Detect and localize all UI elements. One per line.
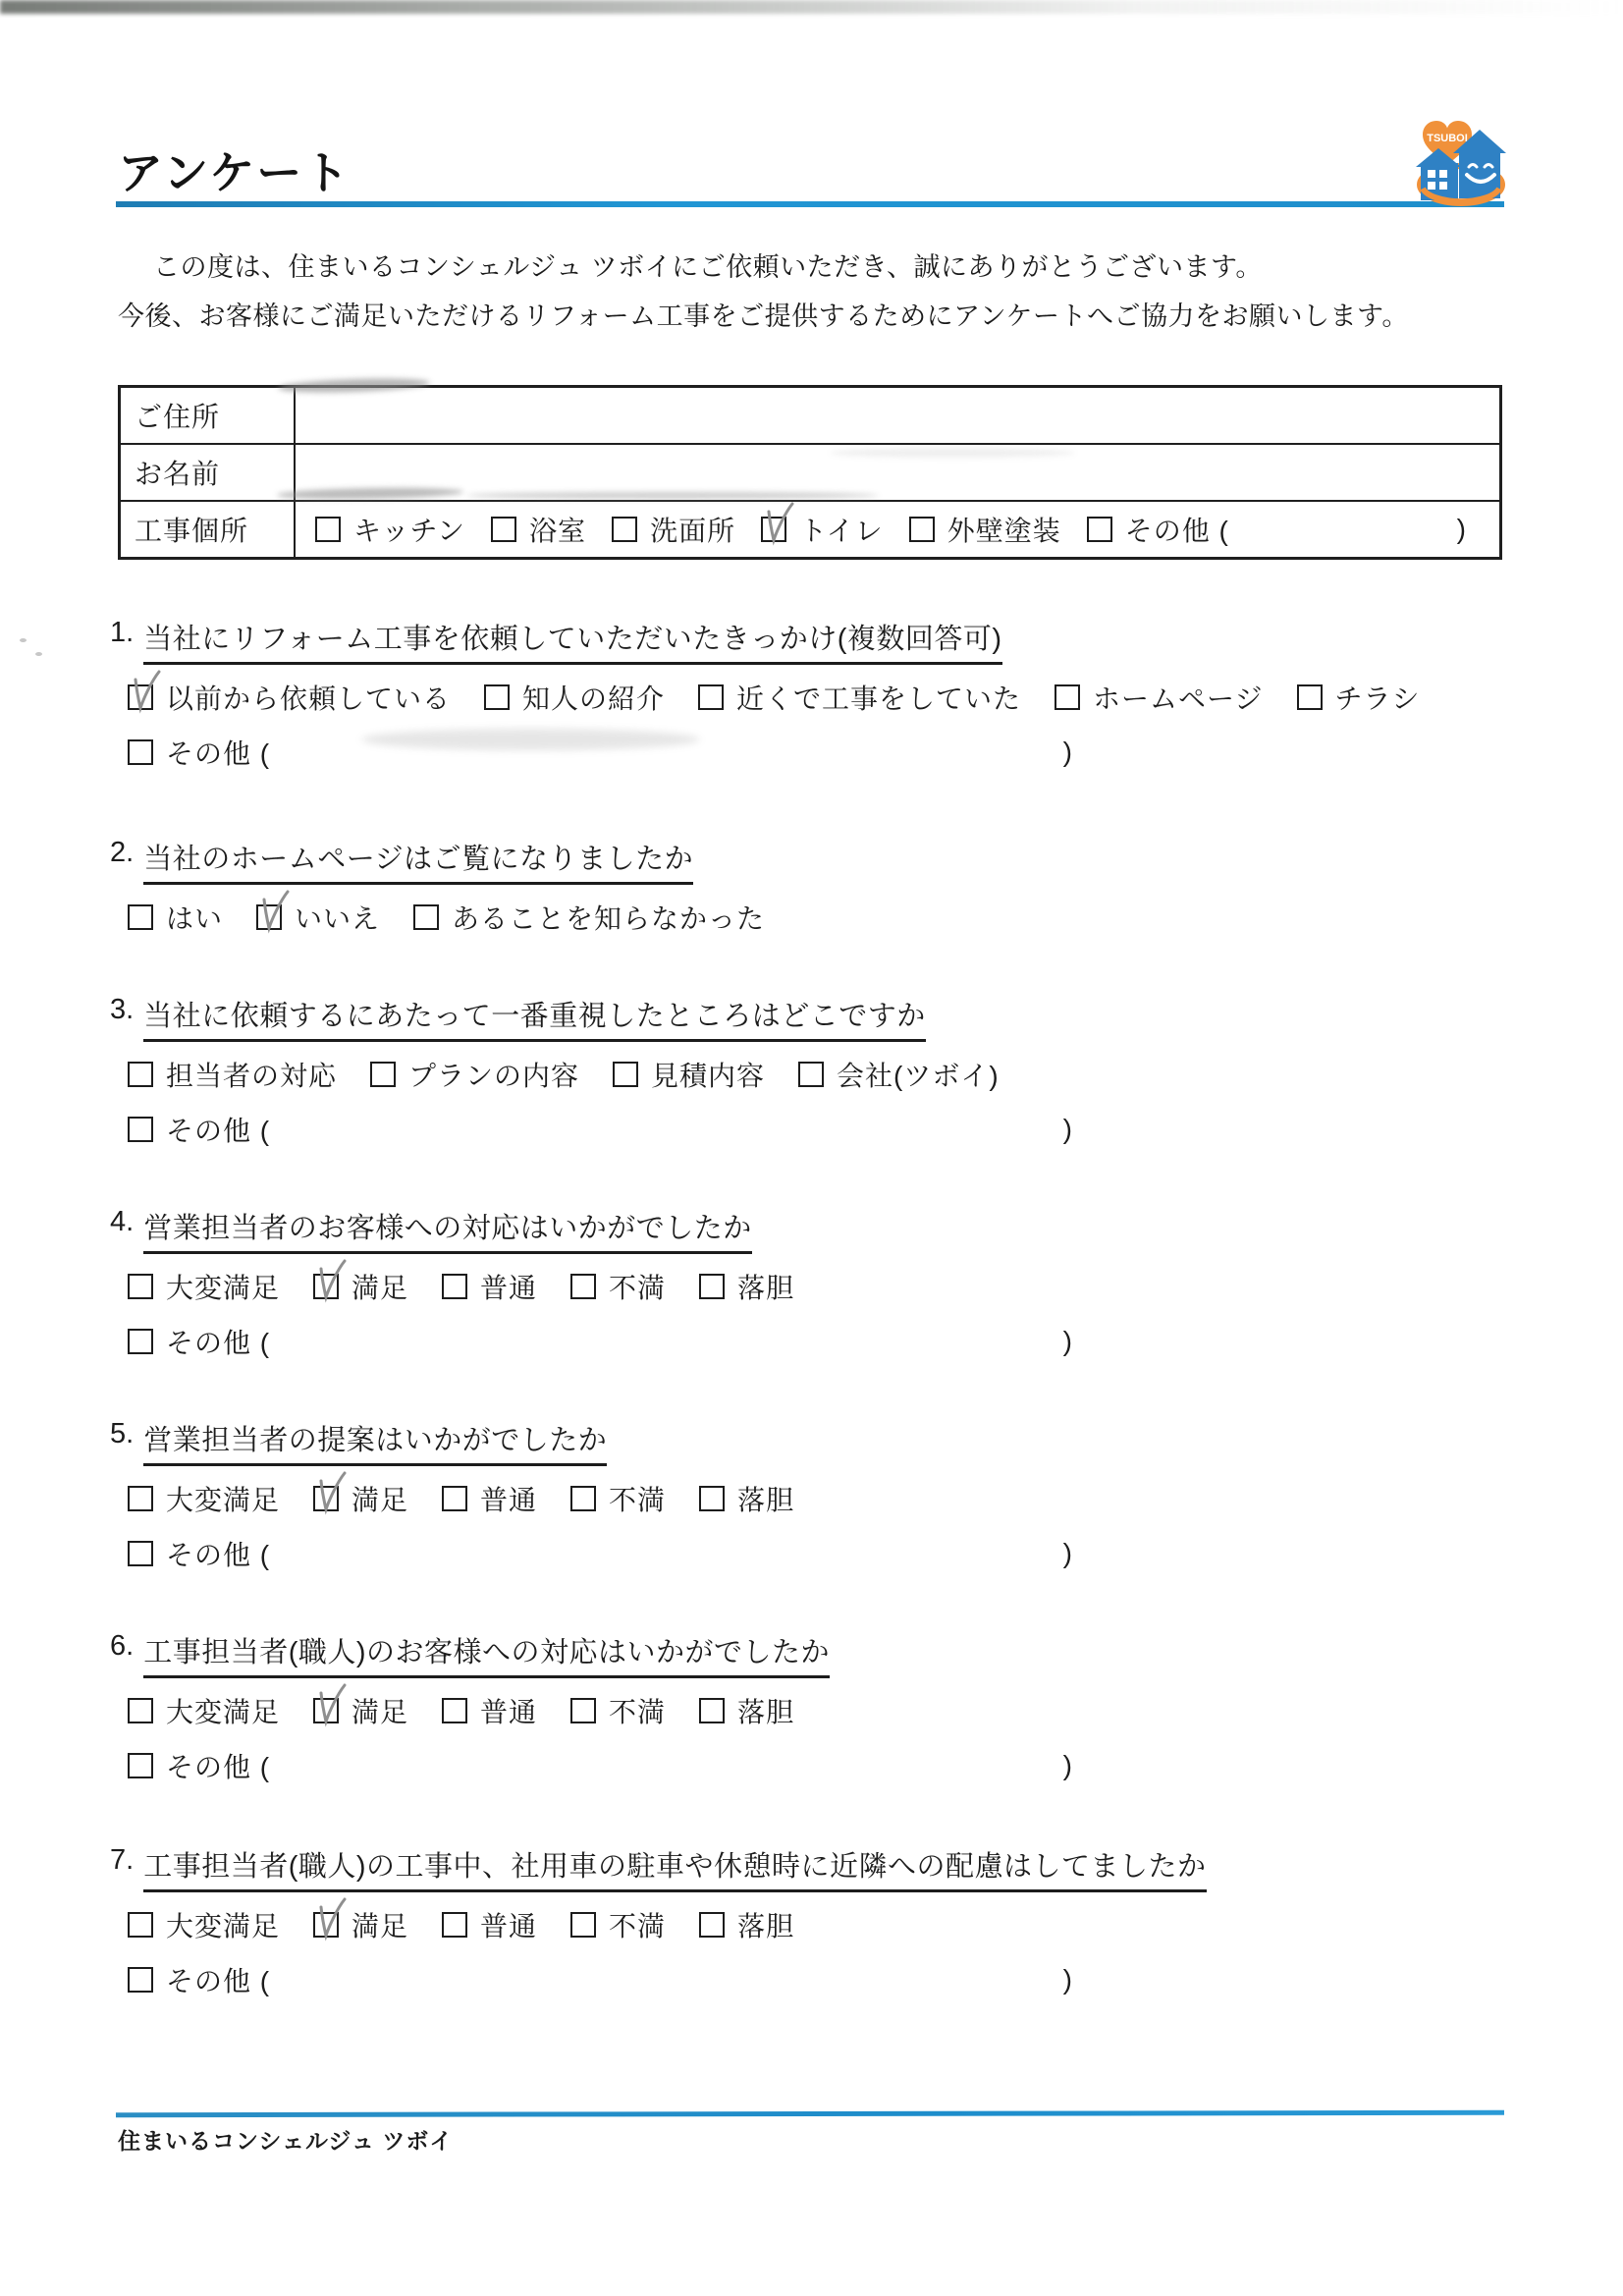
- checkbox-option: 満足: [313, 1267, 408, 1306]
- checkbox-option: 大変満足: [128, 1267, 280, 1306]
- checkbox-option: いいえ: [256, 898, 380, 937]
- option-label: 不満: [609, 1691, 666, 1730]
- question-4-heading: 4. 営業担当者のお客様への対応はいかがでしたか: [110, 1206, 752, 1254]
- checkbox-checked[interactable]: [313, 1912, 339, 1938]
- table-row-address: ご住所: [121, 388, 1499, 445]
- checkbox-option: キッチン: [315, 510, 465, 549]
- question-3-other-row: その他 ( ): [128, 1110, 1072, 1149]
- option-label: 普通: [480, 1267, 537, 1306]
- option-label: プランの内容: [408, 1055, 579, 1094]
- option-label: 知人の紹介: [522, 678, 665, 717]
- question-5: 5. 営業担当者の提案はいかがでしたか 大変満足満足普通不満落胆 その他 ( ): [110, 1418, 1504, 1590]
- question-2-heading: 2. 当社のホームページはご覧になりましたか: [110, 837, 693, 885]
- other-option-label: その他 (: [166, 1322, 270, 1361]
- option-label: 大変満足: [166, 1479, 280, 1518]
- page-title: アンケート: [118, 137, 351, 202]
- checkbox[interactable]: [484, 684, 510, 710]
- option-label: 落胆: [737, 1267, 794, 1306]
- checkbox[interactable]: [570, 1274, 596, 1299]
- question-1: 1. 当社にリフォーム工事を依頼していただいたきっかけ(複数回答可) 以前から依…: [110, 617, 1504, 789]
- checkbox-option: 落胆: [699, 1905, 794, 1944]
- other-option-label: その他 (: [166, 733, 270, 772]
- question-number: 7.: [110, 1844, 134, 1877]
- close-paren: ): [1063, 1538, 1072, 1569]
- checkbox-option: 大変満足: [128, 1479, 280, 1518]
- checkbox-option: チラシ: [1297, 678, 1421, 717]
- checkbox-option: 満足: [313, 1691, 408, 1730]
- checkbox[interactable]: [442, 1486, 467, 1511]
- option-label: 満足: [352, 1691, 408, 1730]
- checkbox-checked[interactable]: [128, 684, 153, 710]
- question-1-options: 以前から依頼している知人の紹介近くで工事をしていたホームページチラシ: [128, 678, 1421, 717]
- option-label: 普通: [480, 1905, 537, 1944]
- option-label: 落胆: [737, 1479, 794, 1518]
- checkbox[interactable]: [128, 1912, 153, 1938]
- option-label: ホームページ: [1093, 678, 1263, 717]
- question-title: 当社に依頼するにあたって一番重視したところはどこですか: [143, 994, 926, 1042]
- option-label: 普通: [480, 1691, 537, 1730]
- checkbox-option: トイレ: [761, 510, 884, 549]
- option-label: 担当者の対応: [166, 1055, 337, 1094]
- checkbox[interactable]: [570, 1486, 596, 1511]
- checkbox[interactable]: [413, 904, 439, 930]
- checkbox-option: 不満: [570, 1905, 666, 1944]
- question-number: 2.: [110, 837, 134, 869]
- other-option-label: その他 (: [166, 1960, 270, 1999]
- worksite-label: 工事個所: [121, 502, 296, 557]
- checkbox[interactable]: [699, 1274, 725, 1299]
- option-label: 不満: [609, 1479, 666, 1518]
- footer-rule: [116, 2110, 1504, 2117]
- worksite-options: キッチン浴室洗面所トイレ外壁塗装その他 (): [296, 502, 1499, 557]
- option-label: 落胆: [737, 1905, 794, 1944]
- question-number: 3.: [110, 994, 134, 1026]
- option-label: 大変満足: [166, 1905, 280, 1944]
- checkbox[interactable]: [128, 1753, 153, 1778]
- option-label: あることを知らなかった: [452, 898, 765, 937]
- checkbox[interactable]: [798, 1062, 824, 1087]
- question-7-heading: 7. 工事担当者(職人)の工事中、社用車の駐車や休憩時に近隣への配慮はしてました…: [110, 1844, 1207, 1892]
- checkbox-option: 近くで工事をしていた: [698, 678, 1021, 717]
- checkbox-option: 知人の紹介: [484, 678, 665, 717]
- redaction-smudge: [830, 448, 1075, 458]
- question-2-options: はいいいえあることを知らなかった: [128, 898, 765, 937]
- other-option-label: その他 (: [166, 1746, 270, 1785]
- question-7: 7. 工事担当者(職人)の工事中、社用車の駐車や休憩時に近隣への配慮はしてました…: [110, 1844, 1504, 2016]
- checkbox-option: 不満: [570, 1691, 666, 1730]
- option-label: 大変満足: [166, 1267, 280, 1306]
- checkbox-option: 普通: [442, 1267, 537, 1306]
- checkbox-option: 普通: [442, 1479, 537, 1518]
- question-number: 4.: [110, 1206, 134, 1238]
- table-row-worksite: 工事個所 キッチン浴室洗面所トイレ外壁塗装その他 (): [121, 502, 1499, 557]
- option-label: 大変満足: [166, 1691, 280, 1730]
- checkbox-checked[interactable]: [313, 1274, 339, 1299]
- checkbox-checked[interactable]: [761, 517, 786, 542]
- option-label: 普通: [480, 1479, 537, 1518]
- checkbox-option: 普通: [442, 1905, 537, 1944]
- option-label: 会社(ツボイ): [837, 1055, 1000, 1094]
- checkbox[interactable]: [613, 1062, 638, 1087]
- checkbox-option: 落胆: [699, 1691, 794, 1730]
- checkbox[interactable]: [370, 1062, 396, 1087]
- option-label: 浴室: [529, 510, 586, 549]
- intro-line-2: 今後、お客様にご満足いただけるリフォーム工事をご提供するためにアンケートへご協力…: [118, 295, 1409, 333]
- checkbox-option: はい: [128, 898, 223, 937]
- checkbox-option: 普通: [442, 1691, 537, 1730]
- close-paren: ): [1063, 737, 1072, 768]
- option-label: 不満: [609, 1905, 666, 1944]
- checkbox-option: 落胆: [699, 1479, 794, 1518]
- address-value-cell[interactable]: [296, 388, 1499, 443]
- question-1-heading: 1. 当社にリフォーム工事を依頼していただいたきっかけ(複数回答可): [110, 617, 1002, 665]
- checkbox[interactable]: [698, 684, 724, 710]
- checkbox-option: 外壁塗装: [909, 510, 1061, 549]
- checkbox-option: 満足: [313, 1479, 408, 1518]
- other-option-label: その他 (: [166, 1534, 270, 1573]
- checkbox[interactable]: [128, 1062, 153, 1087]
- question-title: 営業担当者のお客様への対応はいかがでしたか: [143, 1206, 752, 1254]
- checkbox[interactable]: [128, 1117, 153, 1142]
- name-label: お名前: [121, 445, 296, 500]
- question-5-options: 大変満足満足普通不満落胆: [128, 1479, 794, 1518]
- tsuboi-logo: TSUBOI: [1410, 114, 1508, 214]
- option-label: キッチン: [353, 510, 465, 549]
- question-title: 工事担当者(職人)のお客様への対応はいかがでしたか: [143, 1630, 830, 1678]
- intro-line-1: この度は、住まいるコンシェルジュ ツボイにご依頼いただき、誠にありがとうございま…: [153, 246, 1263, 284]
- question-5-heading: 5. 営業担当者の提案はいかがでしたか: [110, 1418, 607, 1466]
- option-label: トイレ: [799, 510, 884, 549]
- option-label: その他 (: [1125, 510, 1229, 549]
- question-7-other-row: その他 ( ): [128, 1960, 1072, 1999]
- question-number: 6.: [110, 1630, 134, 1663]
- checkbox[interactable]: [612, 517, 637, 542]
- question-4: 4. 営業担当者のお客様への対応はいかがでしたか 大変満足満足普通不満落胆 その…: [110, 1206, 1504, 1378]
- question-4-options: 大変満足満足普通不満落胆: [128, 1267, 794, 1306]
- question-3-heading: 3. 当社に依頼するにあたって一番重視したところはどこですか: [110, 994, 926, 1042]
- close-paren: ): [1063, 1964, 1072, 1995]
- question-3: 3. 当社に依頼するにあたって一番重視したところはどこですか 担当者の対応プラン…: [110, 994, 1504, 1166]
- question-6-other-row: その他 ( ): [128, 1746, 1072, 1785]
- checkbox-checked[interactable]: [313, 1486, 339, 1511]
- checkbox-option: その他 (: [1087, 510, 1229, 549]
- checkbox[interactable]: [128, 1486, 153, 1511]
- question-title: 当社にリフォーム工事を依頼していただいたきっかけ(複数回答可): [143, 617, 1001, 665]
- checkbox[interactable]: [570, 1698, 596, 1723]
- option-label: 外壁塗装: [947, 510, 1061, 549]
- checkbox[interactable]: [442, 1698, 467, 1723]
- checkbox-option: 不満: [570, 1479, 666, 1518]
- option-label: 満足: [352, 1267, 408, 1306]
- checkbox-checked[interactable]: [256, 904, 282, 930]
- checkbox[interactable]: [491, 517, 516, 542]
- info-table: ご住所 お名前 工事個所 キッチン浴室洗面所トイレ外壁塗装その他 (): [118, 385, 1502, 560]
- close-paren: ): [1457, 514, 1466, 545]
- checkbox[interactable]: [128, 1967, 153, 1993]
- option-label: 以前から依頼している: [166, 678, 451, 717]
- question-6-heading: 6. 工事担当者(職人)のお客様への対応はいかがでしたか: [110, 1630, 830, 1678]
- checkbox-option: 満足: [313, 1905, 408, 1944]
- checkbox[interactable]: [699, 1698, 725, 1723]
- checkbox[interactable]: [128, 1698, 153, 1723]
- checkbox-option: 大変満足: [128, 1905, 280, 1944]
- question-5-other-row: その他 ( ): [128, 1534, 1072, 1573]
- question-2: 2. 当社のホームページはご覧になりましたか はいいいえあることを知らなかった: [110, 837, 1504, 955]
- checkbox-option: プランの内容: [370, 1055, 579, 1094]
- option-label: 不満: [609, 1267, 666, 1306]
- checkbox[interactable]: [128, 739, 153, 765]
- close-paren: ): [1063, 1750, 1072, 1781]
- question-4-other-row: その他 ( ): [128, 1322, 1072, 1361]
- close-paren: ): [1063, 1114, 1072, 1145]
- checkbox-option: 浴室: [491, 510, 586, 549]
- question-title: 営業担当者の提案はいかがでしたか: [143, 1418, 607, 1466]
- question-7-options: 大変満足満足普通不満落胆: [128, 1905, 794, 1944]
- checkbox[interactable]: [570, 1912, 596, 1938]
- option-label: 見積内容: [651, 1055, 765, 1094]
- question-3-options: 担当者の対応プランの内容見積内容会社(ツボイ): [128, 1055, 1000, 1094]
- checkbox[interactable]: [128, 1329, 153, 1354]
- question-6: 6. 工事担当者(職人)のお客様への対応はいかがでしたか 大変満足満足普通不満落…: [110, 1630, 1504, 1802]
- question-title: 当社のホームページはご覧になりましたか: [143, 837, 693, 885]
- checkbox[interactable]: [442, 1912, 467, 1938]
- checkbox[interactable]: [909, 517, 935, 542]
- close-paren: ): [1063, 1326, 1072, 1357]
- redaction-smudge: [466, 492, 879, 499]
- checkbox-option: ホームページ: [1055, 678, 1263, 717]
- title-underline: [116, 201, 1504, 207]
- checkbox-option: 洗面所: [612, 510, 735, 549]
- checkbox-option: 以前から依頼している: [128, 678, 451, 717]
- checkbox-option: 不満: [570, 1267, 666, 1306]
- checkbox[interactable]: [128, 904, 153, 930]
- scan-edge-artifact: [0, 0, 1623, 14]
- question-6-options: 大変満足満足普通不満落胆: [128, 1691, 794, 1730]
- scan-speck: [20, 638, 27, 642]
- option-label: 満足: [352, 1905, 408, 1944]
- address-label: ご住所: [121, 388, 296, 443]
- checkbox[interactable]: [1087, 517, 1112, 542]
- redaction-smudge: [361, 729, 700, 750]
- option-label: 近くで工事をしていた: [736, 678, 1021, 717]
- logo-text: TSUBOI: [1427, 133, 1468, 144]
- option-label: 満足: [352, 1479, 408, 1518]
- question-number: 5.: [110, 1418, 134, 1450]
- checkbox[interactable]: [1055, 684, 1080, 710]
- survey-page: アンケート TSUBOI この度は、住まいるコンシェルジュ ツボイにご依頼いただ…: [0, 0, 1623, 2296]
- checkbox[interactable]: [442, 1274, 467, 1299]
- checkbox[interactable]: [1297, 684, 1323, 710]
- checkbox-option: 見積内容: [613, 1055, 765, 1094]
- checkbox[interactable]: [128, 1274, 153, 1299]
- option-label: いいえ: [295, 898, 380, 937]
- checkbox-option: 会社(ツボイ): [798, 1055, 1000, 1094]
- checkbox[interactable]: [315, 517, 341, 542]
- footer-company-name: 住まいるコンシェルジュ ツボイ: [118, 2123, 453, 2156]
- checkbox-option: 大変満足: [128, 1691, 280, 1730]
- checkbox-checked[interactable]: [313, 1698, 339, 1723]
- question-title: 工事担当者(職人)の工事中、社用車の駐車や休憩時に近隣への配慮はしてましたか: [143, 1844, 1206, 1892]
- checkbox[interactable]: [128, 1541, 153, 1566]
- checkbox-option: 落胆: [699, 1267, 794, 1306]
- checkbox[interactable]: [699, 1912, 725, 1938]
- option-label: 洗面所: [650, 510, 735, 549]
- other-option-label: その他 (: [166, 1110, 270, 1149]
- checkbox-option: 担当者の対応: [128, 1055, 337, 1094]
- scan-speck: [35, 652, 42, 656]
- question-number: 1.: [110, 617, 134, 649]
- option-label: はい: [166, 898, 223, 937]
- option-label: チラシ: [1335, 678, 1421, 717]
- option-label: 落胆: [737, 1691, 794, 1730]
- checkbox[interactable]: [699, 1486, 725, 1511]
- checkbox-option: あることを知らなかった: [413, 898, 765, 937]
